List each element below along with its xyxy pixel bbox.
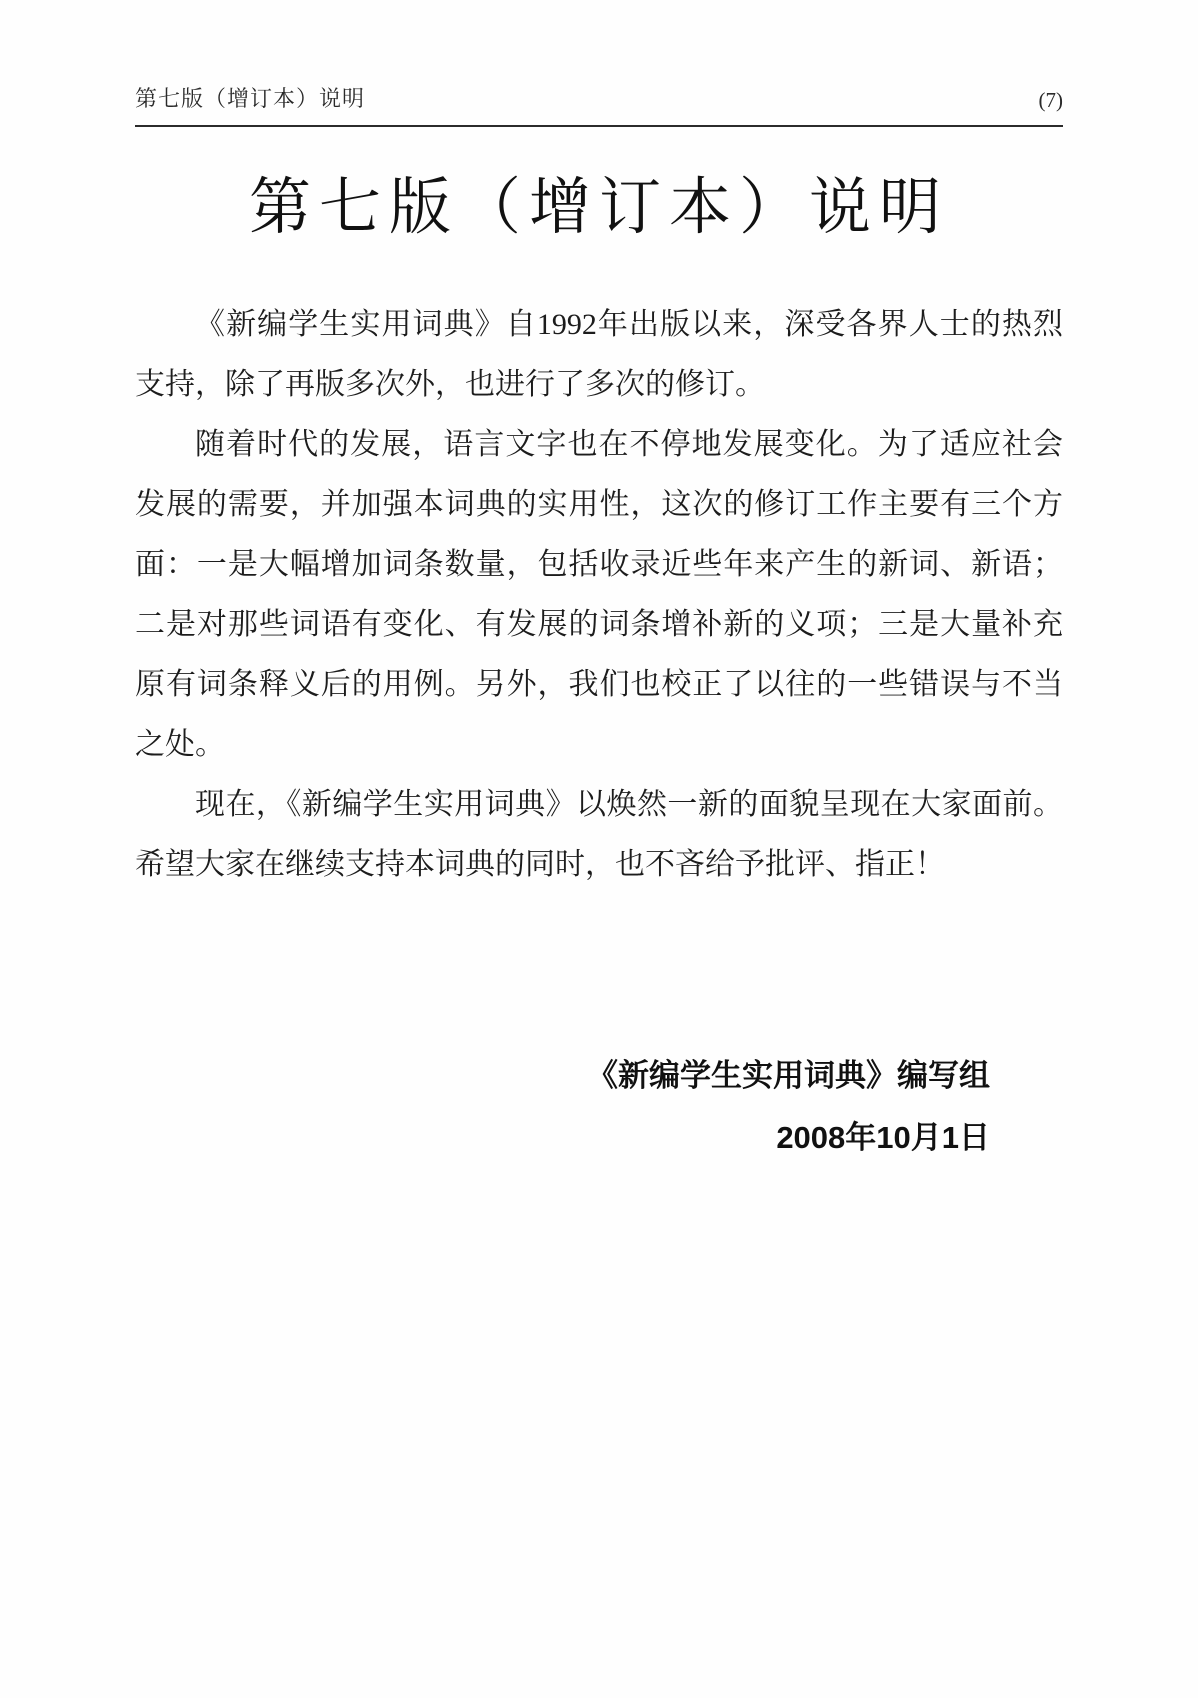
page-content: 第七版（增订本）说明 (7) 第七版（增订本）说明 《新编学生实用词典》自199… <box>0 0 1198 1169</box>
signature-group: 《新编学生实用词典》编写组 <box>135 1045 990 1107</box>
signature-date: 2008年10月1日 <box>135 1107 990 1169</box>
page-number: (7) <box>1039 88 1064 113</box>
running-header-title: 第七版（增订本）说明 <box>135 82 365 113</box>
running-header: 第七版（增订本）说明 (7) <box>135 0 1063 113</box>
document-page: 第七版（增订本）说明 (7) 第七版（增订本）说明 《新编学生实用词典》自199… <box>0 0 1198 1698</box>
paragraph-2: 随着时代的发展，语言文字也在不停地发展变化。为了适应社会发展的需要，并加强本词典… <box>135 415 1063 775</box>
paragraph-3: 现在，《新编学生实用词典》以焕然一新的面貌呈现在大家面前。希望大家在继续支持本词… <box>135 775 1063 895</box>
signature-block: 《新编学生实用词典》编写组 2008年10月1日 <box>135 1045 1063 1169</box>
document-title: 第七版（增订本）说明 <box>135 167 1063 251</box>
paragraph-1: 《新编学生实用词典》自1992年出版以来，深受各界人士的热烈支持，除了再版多次外… <box>135 295 1063 415</box>
body-text: 《新编学生实用词典》自1992年出版以来，深受各界人士的热烈支持，除了再版多次外… <box>135 295 1063 895</box>
header-rule <box>135 125 1063 127</box>
